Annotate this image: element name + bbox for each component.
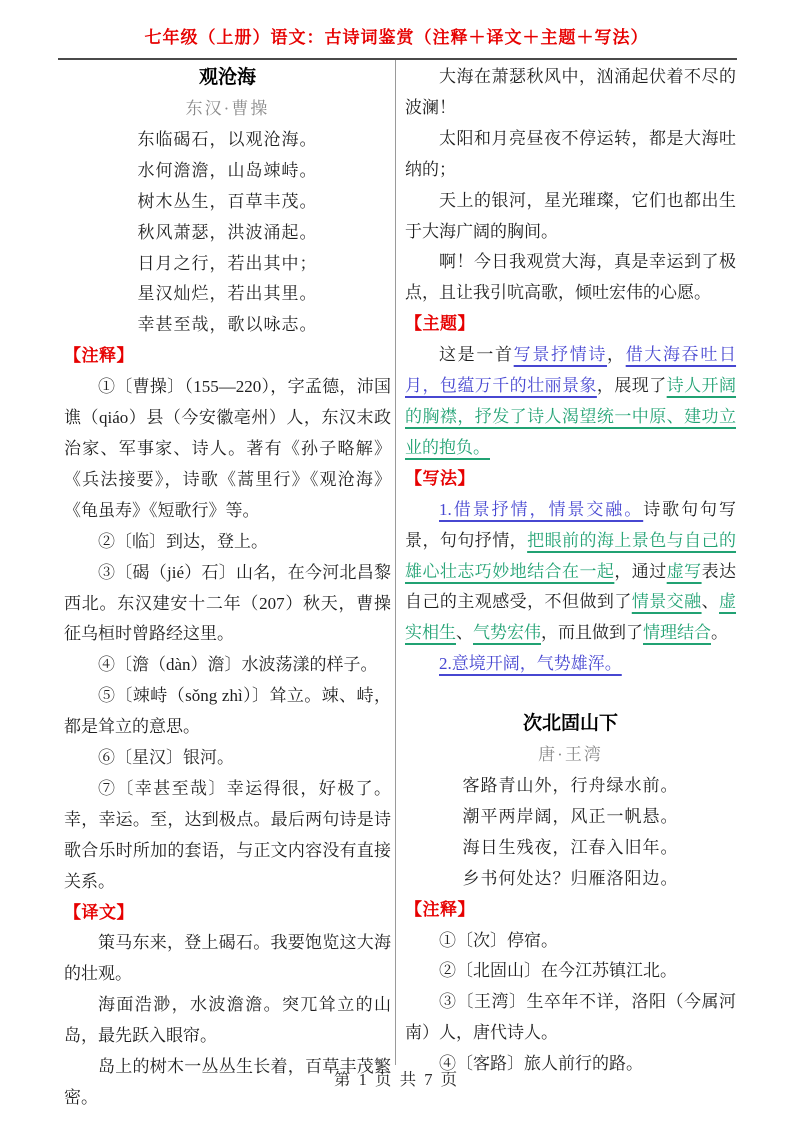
text-segment-green: 情景交融 (632, 592, 702, 611)
poem1-author: 东汉·曹操 (64, 94, 391, 125)
note-item: ②〔北固山〕在今江苏镇江北。 (405, 956, 736, 987)
poem-line: 客路青山外，行舟绿水前。 (405, 771, 736, 802)
text-segment-green: 气势宏伟 (473, 623, 541, 642)
poem-line: 潮平两岸阔，风正一帆悬。 (405, 802, 736, 833)
header-divider-line (58, 58, 737, 60)
section-gap (405, 680, 736, 708)
note-item: ②〔临〕到达，登上。 (64, 527, 391, 558)
notes-list: ①〔曹操〕（155—220），字孟德，沛国谯（qiáo）县（今安徽亳州）人，东汉… (64, 372, 391, 897)
poem-line: 乡书何处达？归雁洛阳边。 (405, 864, 736, 895)
text-segment-plain: ，展现了 (597, 376, 667, 395)
poem1-title: 观沧海 (64, 62, 391, 94)
text-segment-green: 情理结合 (643, 623, 711, 642)
notes2-section-label: 【注释】 (405, 895, 736, 926)
note-item: ⑦〔幸甚至哉〕幸运得很，好极了。幸，幸运。至，达到极点。最后两句诗是诗歌合乐时所… (64, 774, 391, 898)
translation-paragraph: 大海在萧瑟秋风中，汹涌起伏着不尽的波澜！ (405, 62, 736, 124)
poem-line: 水何澹澹，山岛竦峙。 (64, 156, 391, 187)
translation-continued-list: 大海在萧瑟秋风中，汹涌起伏着不尽的波澜！太阳和月亮昼夜不停运转，都是大海吐纳的；… (405, 62, 736, 309)
translation-paragraph: 啊！今日我观赏大海，真是幸运到了极点，且让我引吭高歌，倾吐宏伟的心愿。 (405, 247, 736, 309)
poem-line: 日月之行，若出其中； (64, 249, 391, 280)
translation-paragraph: 天上的银河，星光璀璨，它们也都出生于大海广阔的胸间。 (405, 186, 736, 248)
note-item: ⑥〔星汉〕银河。 (64, 743, 391, 774)
text-segment-plain: ，通过 (614, 562, 666, 581)
translation-paragraph: 太阳和月亮昼夜不停运转，都是大海吐纳的； (405, 124, 736, 186)
text-segment-plain: 、 (702, 592, 719, 611)
text-segment-blue: 1.借景抒情，情景交融。 (439, 500, 643, 519)
note-item: ④〔澹（dàn）澹〕水波荡漾的样子。 (64, 650, 391, 681)
left-column: 观沧海 东汉·曹操 东临碣石，以观沧海。水何澹澹，山岛竦峙。树木丛生，百草丰茂。… (64, 62, 391, 1114)
text-segment-plain: ，而且做到了 (541, 623, 643, 642)
note-item: ①〔曹操〕（155—220），字孟德，沛国谯（qiáo）县（今安徽亳州）人，东汉… (64, 372, 391, 527)
theme-paragraph: 这是一首写景抒情诗，借大海吞吐日月，包蕴万千的壮丽景象，展现了诗人开阔的胸襟，抒… (405, 340, 736, 464)
text-segment-blue: 写景抒情诗 (514, 345, 607, 364)
document-title: 七年级（上册）语文：古诗词鉴赏（注释＋译文＋主题＋写法） (0, 23, 793, 48)
poem-line: 星汉灿烂，若出其里。 (64, 279, 391, 310)
poem-line: 秋风萧瑟，洪波涌起。 (64, 218, 391, 249)
poem1-lines: 东临碣石，以观沧海。水何澹澹，山岛竦峙。树木丛生，百草丰茂。秋风萧瑟，洪波涌起。… (64, 125, 391, 341)
right-column: 大海在萧瑟秋风中，汹涌起伏着不尽的波澜！太阳和月亮昼夜不停运转，都是大海吐纳的；… (405, 62, 736, 1080)
text-segment-green: 虚写 (667, 562, 702, 581)
text-segment-plain: 、 (456, 623, 473, 642)
note-item: ⑤〔竦峙（sǒng zhì）〕耸立。竦、峙，都是耸立的意思。 (64, 681, 391, 743)
page-footer: 第 1 页 共 7 页 (0, 1066, 793, 1090)
method-section-label: 【写法】 (405, 464, 736, 495)
poem-line: 树木丛生，百草丰茂。 (64, 187, 391, 218)
note-item: ③〔王湾〕生卒年不详，洛阳（今属河南）人，唐代诗人。 (405, 987, 736, 1049)
theme-section-label: 【主题】 (405, 309, 736, 340)
text-segment-plain: ， (607, 345, 626, 364)
translation-section-label: 【译文】 (64, 898, 391, 929)
text-segment-blue: 2.意境开阔，气势雄浑。 (439, 654, 622, 673)
notes-section-label: 【注释】 (64, 341, 391, 372)
translation-paragraph: 策马东来，登上碣石。我要饱览这大海的壮观。 (64, 928, 391, 990)
notes2-list: ①〔次〕停宿。②〔北固山〕在今江苏镇江北。③〔王湾〕生卒年不详，洛阳（今属河南）… (405, 926, 736, 1081)
translation-paragraph: 海面浩渺，水波澹澹。突兀耸立的山岛，最先跃入眼帘。 (64, 990, 391, 1052)
poem-line: 东临碣石，以观沧海。 (64, 125, 391, 156)
text-segment-plain: 这是一首 (439, 345, 514, 364)
note-item: ①〔次〕停宿。 (405, 926, 736, 957)
poem2-lines: 客路青山外，行舟绿水前。潮平两岸阔，风正一帆悬。海日生残夜，江春入旧年。乡书何处… (405, 771, 736, 895)
method-paragraph-1: 1.借景抒情，情景交融。诗歌句句写景，句句抒情，把眼前的海上景色与自己的雄心壮志… (405, 495, 736, 650)
poem2-author: 唐·王湾 (405, 740, 736, 771)
text-segment-plain: 。 (711, 623, 728, 642)
column-divider-line (395, 60, 396, 1065)
poem-line: 海日生残夜，江春入旧年。 (405, 833, 736, 864)
document-page: 七年级（上册）语文：古诗词鉴赏（注释＋译文＋主题＋写法） 观沧海 东汉·曹操 东… (0, 0, 793, 1122)
method-paragraph-2: 2.意境开阔，气势雄浑。 (405, 649, 736, 680)
poem-line: 幸甚至哉，歌以咏志。 (64, 310, 391, 341)
poem2-title: 次北固山下 (405, 708, 736, 740)
note-item: ③〔碣（jié）石〕山名，在今河北昌黎西北。东汉建安十二年（207）秋天，曹操征… (64, 558, 391, 651)
